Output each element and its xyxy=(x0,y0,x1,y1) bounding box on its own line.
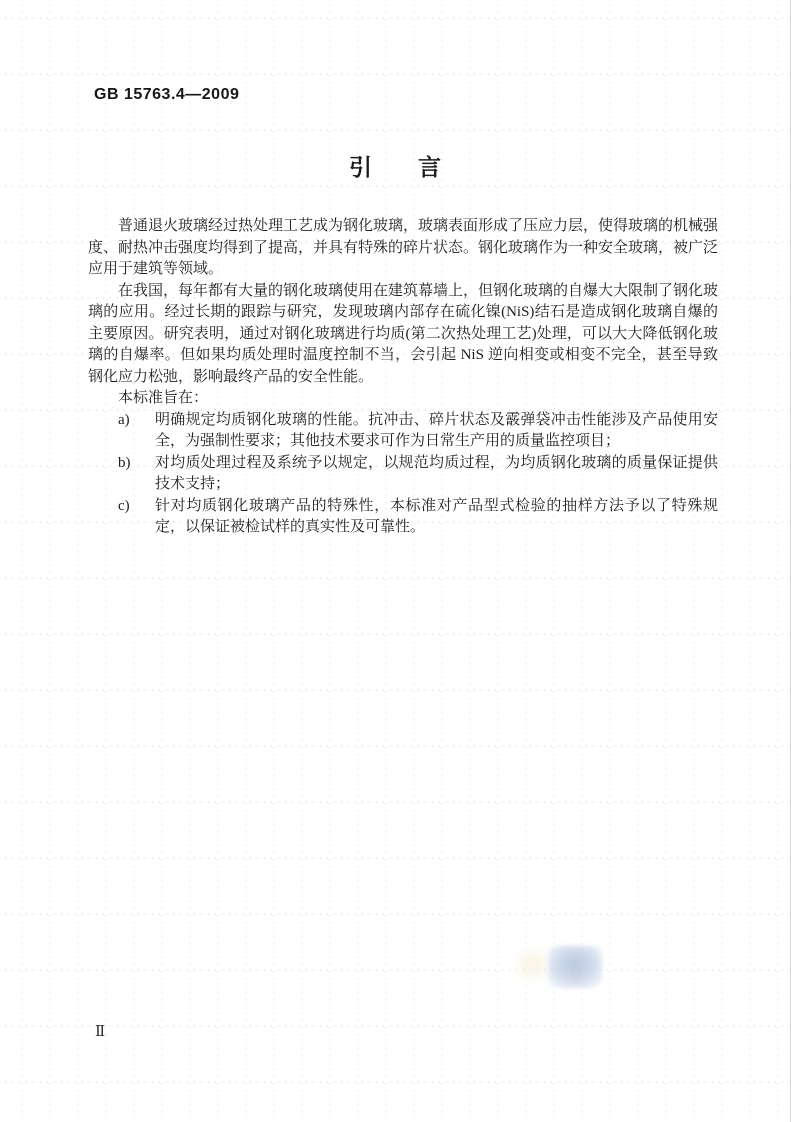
paragraph-1: 普通退火玻璃经过热处理工艺成为钢化玻璃，玻璃表面形成了压应力层，使得玻璃的机械强… xyxy=(88,216,718,281)
list-item-c: c) 针对均质钢化玻璃产品的特殊性，本标准对产品型式检验的抽样方法予以了特殊规定… xyxy=(88,496,718,539)
paragraph-3: 本标准旨在： xyxy=(88,388,718,410)
body-text: 普通退火玻璃经过热处理工艺成为钢化玻璃，玻璃表面形成了压应力层，使得玻璃的机械强… xyxy=(88,216,718,539)
standard-code: GB 15763.4—2009 xyxy=(94,86,239,104)
scan-smudge xyxy=(518,952,548,978)
paragraph-2: 在我国，每年都有大量的钢化玻璃使用在建筑幕墙上，但钢化玻璃的自爆大大限制了钢化玻… xyxy=(88,281,718,389)
document-page: GB 15763.4—2009 引 言 普通退火玻璃经过热处理工艺成为钢化玻璃，… xyxy=(0,0,791,1122)
section-title: 引 言 xyxy=(0,149,790,182)
stamp-watermark xyxy=(548,946,602,988)
page-number: Ⅱ xyxy=(95,1022,105,1041)
list-marker-a: a) xyxy=(118,410,155,453)
list-marker-b: b) xyxy=(118,453,155,496)
list-item-a: a) 明确规定均质钢化玻璃的性能。抗冲击、碎片状态及霰弹袋冲击性能涉及产品使用安… xyxy=(88,410,718,453)
list-item-b: b) 对均质处理过程及系统予以规定，以规范均质过程，为均质钢化玻璃的质量保证提供… xyxy=(88,453,718,496)
list-text-a: 明确规定均质钢化玻璃的性能。抗冲击、碎片状态及霰弹袋冲击性能涉及产品使用安全，为… xyxy=(155,410,718,453)
list-marker-c: c) xyxy=(118,496,155,539)
list-text-b: 对均质处理过程及系统予以规定，以规范均质过程，为均质钢化玻璃的质量保证提供技术支… xyxy=(155,453,718,496)
list-text-c: 针对均质钢化玻璃产品的特殊性，本标准对产品型式检验的抽样方法予以了特殊规定，以保… xyxy=(155,496,718,539)
